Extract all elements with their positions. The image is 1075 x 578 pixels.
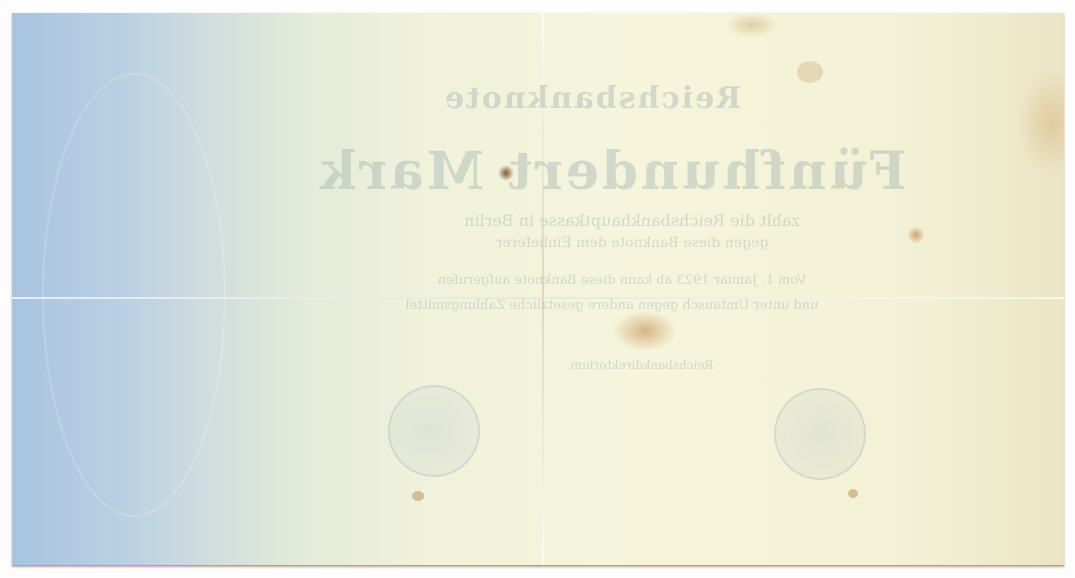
banknote-reverse: Reichsbanknote Fünfhundert Mark zahlt di… bbox=[12, 13, 1064, 566]
stain-spot bbox=[848, 489, 858, 498]
bleed-text-line: Vom 1. Januar 1923 ab kann diese Banknot… bbox=[342, 273, 902, 288]
bleed-text-signature: Reichsbankdirektorium bbox=[492, 358, 792, 372]
bleed-text-line: und unter Umtausch gegen andere gesetzli… bbox=[342, 298, 882, 313]
bleed-text-denomination: Fünfhundert Mark bbox=[312, 141, 912, 202]
seal-right bbox=[774, 388, 866, 480]
seal-left bbox=[388, 385, 480, 477]
bleed-text-line: gegen diese Banknote dem Einlieferer bbox=[392, 235, 872, 251]
watermark-area bbox=[42, 73, 226, 517]
stain-spot bbox=[412, 491, 424, 501]
bleed-text-heading: Reichsbanknote bbox=[312, 81, 872, 116]
bleed-text-line: zahlt die Reichsbankhauptkasse in Berlin bbox=[372, 211, 892, 230]
stain-spot bbox=[797, 61, 823, 83]
